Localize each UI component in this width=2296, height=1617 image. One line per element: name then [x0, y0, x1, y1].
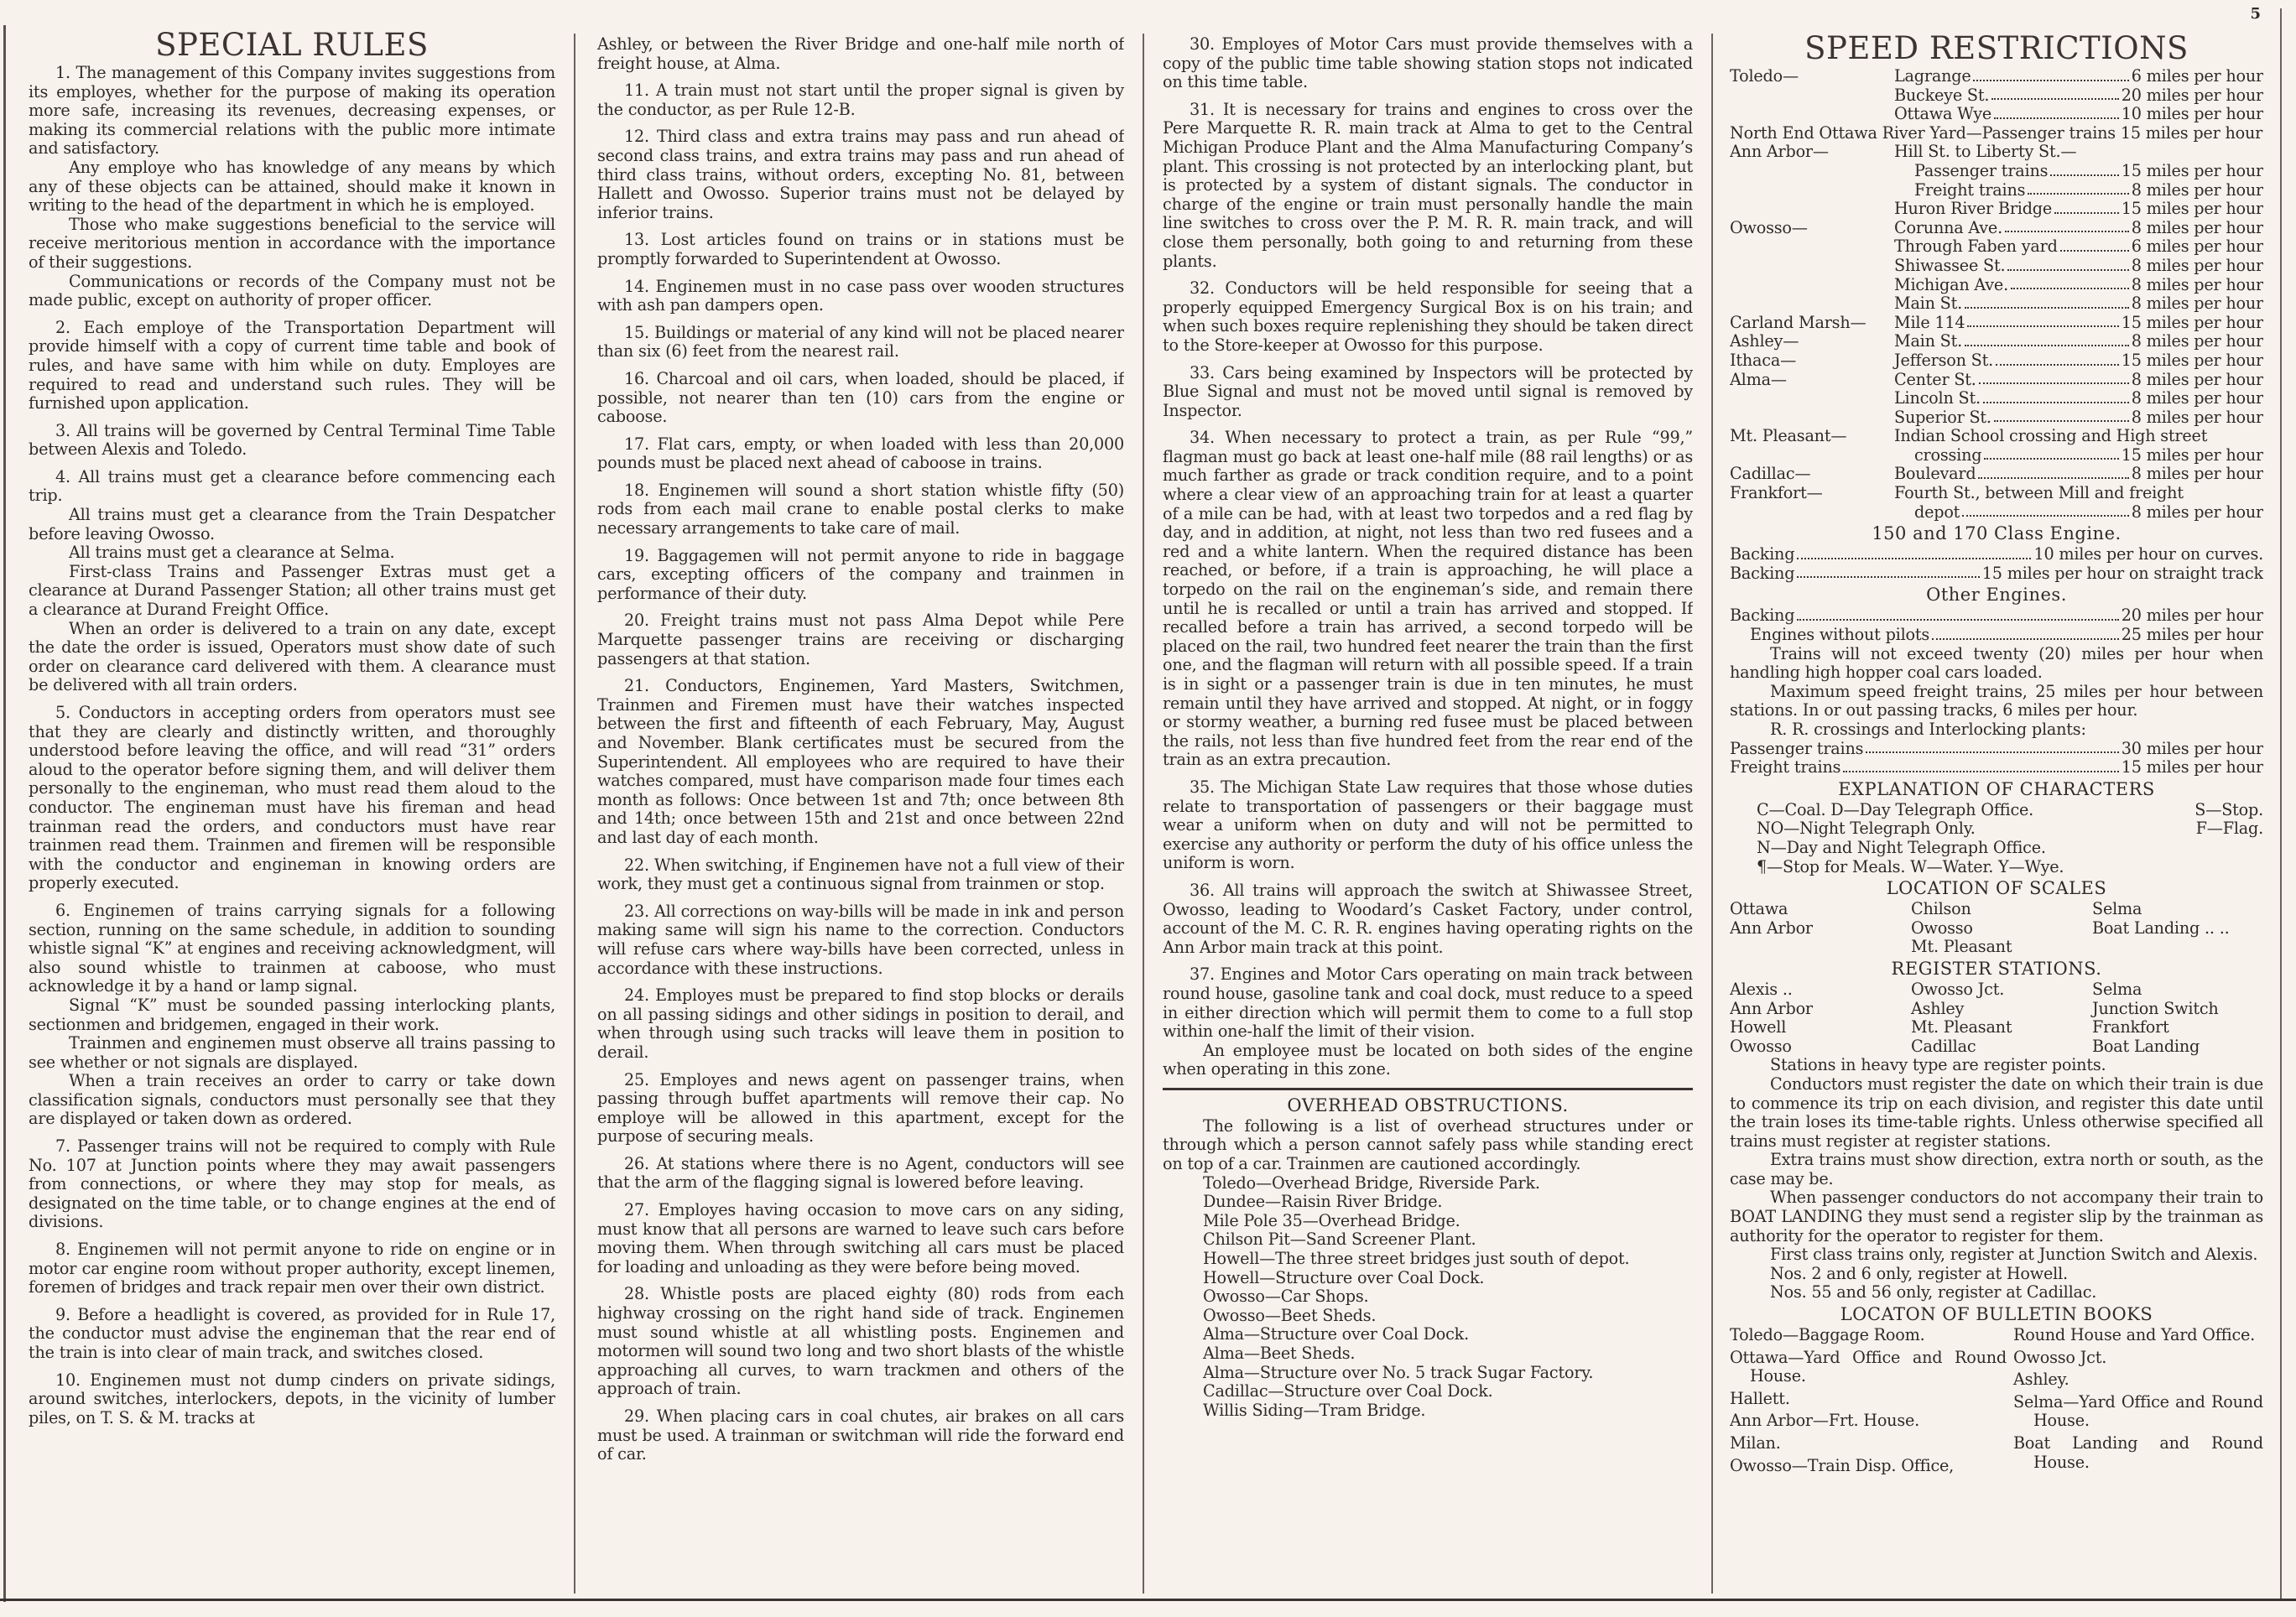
dot-leader: [1967, 314, 2118, 328]
speed-label: crossing: [1914, 446, 1981, 465]
rule-paragraph: 13. Lost articles found on trains or in …: [597, 231, 1124, 268]
rules-list-3: 30. Employes of Motor Cars must provide …: [1163, 35, 1693, 1079]
speed-row: Lincoln St.8 miles per hour: [1894, 389, 2263, 408]
speed-label: Fourth St., between Mill and freight: [1894, 484, 2184, 503]
dot-leader: [1965, 294, 2129, 309]
dot-leader: [1994, 105, 2119, 119]
city-label: Ann Arbor—: [1730, 143, 1894, 162]
rule-paragraph: 3. All trains will be governed by Centra…: [29, 422, 555, 460]
speed-restriction-row: Ottawa Wye10 miles per hour: [1730, 105, 2263, 124]
column-divider: [1711, 34, 1713, 1594]
speed-label: Ottawa Wye: [1894, 105, 1991, 124]
rule-paragraph: 2. Each employe of the Transportation De…: [29, 319, 555, 413]
city-label: [1730, 503, 1894, 523]
dot-leader: [1932, 626, 2119, 640]
register-note: Nos. 2 and 6 only, register at Howell.: [1730, 1265, 2263, 1284]
rule-paragraph: 11. A train must not start until the pro…: [597, 81, 1124, 119]
dot-leader: [1797, 564, 1980, 579]
register-note: Extra trains must show direction, extra …: [1730, 1151, 2263, 1188]
speed-value: 30 miles per hour: [2122, 740, 2263, 759]
obstruction-item: Owosso—Car Shops.: [1163, 1287, 1693, 1307]
speed-restrictions-column: SPEED RESTRICTIONS Toledo—Lagrange6 mile…: [1730, 29, 2263, 1597]
rule-paragraph: 18. Enginemen will sound a short station…: [597, 481, 1124, 538]
city-label: Carland Marsh—: [1730, 314, 1894, 333]
speed-row-full: North End Ottawa River Yard—Passenger tr…: [1730, 124, 2263, 143]
scale-location: Chilson: [1911, 900, 2092, 919]
register-station: Mt. Pleasant: [1911, 1018, 2092, 1037]
speed-restriction-row: Lincoln St.8 miles per hour: [1730, 389, 2263, 408]
speed-value: 15 miles per hour on straight track: [1982, 564, 2263, 584]
scale-location: Mt. Pleasant: [1911, 938, 2092, 957]
register-station: Boat Landing: [2092, 1037, 2263, 1057]
obstruction-item: Mile Pole 35—Overhead Bridge.: [1163, 1212, 1693, 1231]
dot-leader: [2054, 200, 2119, 214]
speed-label: Indian School crossing and High street: [1894, 427, 2207, 446]
timetable-page: 5 SPECIAL RULES 1. The management of thi…: [0, 0, 2296, 1617]
rule-subparagraph: Communications or records of the Company…: [29, 273, 555, 310]
speed-label: Huron River Bridge: [1894, 200, 2052, 219]
speed-value: 8 miles per hour: [2132, 276, 2263, 295]
rule-paragraph: 16. Charcoal and oil cars, when loaded, …: [597, 370, 1124, 427]
special-rules-column-3: 30. Employes of Motor Cars must provide …: [1163, 35, 1693, 1604]
speed-value: 8 miles per hour: [2132, 465, 2263, 484]
rule-paragraph: 33. Cars being examined by Inspectors wi…: [1163, 364, 1693, 421]
rule-paragraph: 10. Enginemen must not dump cinders on p…: [29, 1371, 555, 1428]
rule-paragraph: 32. Conductors will be held responsible …: [1163, 279, 1693, 355]
city-label: Toledo—: [1730, 67, 1894, 86]
legend-left: C—Coal. D—Day Telegraph Office.: [1757, 801, 2033, 820]
character-legend-row: C—Coal. D—Day Telegraph Office.S—Stop.: [1757, 801, 2263, 820]
speed-value: 8 miles per hour: [2132, 257, 2263, 276]
rule-paragraph: 4. All trains must get a clearance befor…: [29, 468, 555, 506]
obstruction-item: Willis Siding—Tram Bridge.: [1163, 1401, 1693, 1421]
speed-label: Superior St.: [1894, 408, 1991, 428]
dot-leader: [1991, 86, 2119, 101]
dot-leader: [2060, 237, 2129, 252]
speed-row: Boulevard8 miles per hour: [1894, 465, 2263, 484]
speed-restriction-row: Shiwassee St.8 miles per hour: [1730, 257, 2263, 276]
dot-leader: [1965, 332, 2129, 346]
bulletin-location: Ottawa—Yard Office and Round House.: [1730, 1349, 2007, 1386]
register-notes: Stations in heavy type are register poin…: [1730, 1056, 2263, 1302]
speed-label: Mile 114: [1894, 314, 1965, 333]
dot-leader: [1973, 67, 2128, 81]
dot-leader: [2050, 162, 2119, 176]
city-label: [1730, 389, 1894, 408]
legend-left: ¶—Stop for Meals. W—Water. Y—Wye.: [1757, 858, 2064, 877]
speed-row: Through Faben yard6 miles per hour: [1894, 237, 2263, 257]
character-legend-row: N—Day and Night Telegraph Office.: [1757, 839, 2263, 858]
speed-note: Trains will not exceed twenty (20) miles…: [1730, 645, 2263, 683]
speed-row: Backing20 miles per hour: [1730, 606, 2263, 626]
speed-restriction-row: depot8 miles per hour: [1730, 503, 2263, 523]
speed-value: 8 miles per hour: [2132, 389, 2263, 408]
speed-value: 8 miles per hour: [2132, 219, 2263, 238]
speed-row: Indian School crossing and High street: [1894, 427, 2263, 446]
rule-paragraph: 6. Enginemen of trains carrying signals …: [29, 902, 555, 996]
speed-restriction-row: Frankfort—Fourth St., between Mill and f…: [1730, 484, 2263, 503]
bulletin-books-right: Round House and Yard Office.Owosso Jct.A…: [2013, 1326, 2263, 1479]
dot-leader: [1979, 371, 2129, 385]
speed-label: Corunna Ave.: [1894, 219, 2002, 238]
bulletin-location: Hallett.: [1730, 1390, 2007, 1409]
rule-paragraph: 5. Conductors in accepting orders from o…: [29, 704, 555, 893]
bottom-border: [0, 1599, 2296, 1601]
obstruction-item: Owosso—Beet Sheds.: [1163, 1307, 1693, 1326]
register-station: Owosso Jct.: [1911, 980, 2092, 1000]
speed-row: Center St.8 miles per hour: [1894, 371, 2263, 390]
obstruction-item: Howell—Structure over Coal Dock.: [1163, 1269, 1693, 1288]
dot-leader: [1866, 740, 2119, 754]
speed-label: Backing: [1730, 545, 1794, 564]
dot-leader: [1984, 446, 2118, 460]
bulletin-location: Ann Arbor—Frt. House.: [1730, 1412, 2007, 1431]
register-station: Junction Switch: [2092, 1000, 2263, 1019]
dot-leader: [1797, 545, 2031, 559]
rule-subparagraph: When an order is delivered to a train on…: [29, 620, 555, 695]
speed-restriction-row: Alma—Center St.8 miles per hour: [1730, 371, 2263, 390]
character-legend-row: NO—Night Telegraph Only.F—Flag.: [1757, 819, 2263, 839]
city-label: [1730, 408, 1894, 428]
speed-restriction-row: Toledo—Lagrange6 miles per hour: [1730, 67, 2263, 86]
scale-location: [2092, 938, 2263, 957]
register-station: Alexis ..: [1730, 980, 1911, 1000]
dot-leader: [1996, 351, 2119, 366]
dot-leader: [2007, 257, 2128, 271]
speed-restriction-row: Owosso—Corunna Ave.8 miles per hour: [1730, 219, 2263, 238]
rule-paragraph: 26. At stations where there is no Agent,…: [597, 1155, 1124, 1193]
speed-value: 25 miles per hour: [2122, 626, 2263, 645]
rule-paragraph: 25. Employes and news agent on passenger…: [597, 1071, 1124, 1146]
speed-value: 15 miles per hour: [2122, 446, 2263, 465]
speed-restriction-row: Ashley—Main St.8 miles per hour: [1730, 332, 2263, 351]
speed-label: Michigan Ave.: [1894, 276, 2008, 295]
bulletin-location: Round House and Yard Office.: [2013, 1326, 2263, 1345]
speed-label: Center St.: [1894, 371, 1976, 390]
section-divider: [1163, 1088, 1693, 1090]
rule-paragraph: 27. Employes having occasion to move car…: [597, 1201, 1124, 1276]
speed-value: 15 miles per hour: [2122, 351, 2263, 371]
obstruction-item: Howell—The three street bridges just sou…: [1163, 1250, 1693, 1269]
speed-value: 15 miles per hour: [2122, 314, 2263, 333]
speed-label: Passenger trains: [1730, 740, 1863, 759]
speed-row: Hill St. to Liberty St.—: [1894, 143, 2263, 162]
speed-row: Buckeye St.20 miles per hour: [1894, 86, 2263, 106]
speed-restriction-row: Cadillac—Boulevard8 miles per hour: [1730, 465, 2263, 484]
rule-paragraph: 7. Passenger trains will not be required…: [29, 1137, 555, 1232]
speed-value: 20 miles per hour: [2122, 86, 2263, 106]
column-divider: [574, 34, 575, 1594]
speed-value: 6 miles per hour: [2132, 237, 2263, 257]
speed-value: 8 miles per hour: [2132, 371, 2263, 390]
obstruction-item: Alma—Structure over Coal Dock.: [1163, 1325, 1693, 1344]
register-station: Selma: [2092, 980, 2263, 1000]
rule-paragraph: 1. The management of this Company invite…: [29, 64, 555, 159]
rule-paragraph: 20. Freight trains must not pass Alma De…: [597, 611, 1124, 668]
speed-value: 8 miles per hour: [2132, 294, 2263, 314]
speed-label: Boulevard: [1894, 465, 1976, 484]
special-rules-column-1: SPECIAL RULES 1. The management of this …: [29, 29, 555, 1597]
dot-leader: [1978, 465, 2128, 479]
rule-paragraph: 29. When placing cars in coal chutes, ai…: [597, 1407, 1124, 1464]
speed-value: 10 miles per hour on curves.: [2033, 545, 2263, 564]
speed-label: Lagrange: [1894, 67, 1971, 86]
speed-restriction-row: crossing15 miles per hour: [1730, 446, 2263, 465]
speed-row: Backing15 miles per hour on straight tra…: [1730, 564, 2263, 584]
rule-paragraph: 22. When switching, if Enginemen have no…: [597, 856, 1124, 894]
speed-row: Corunna Ave.8 miles per hour: [1894, 219, 2263, 238]
speed-label: Backing: [1730, 564, 1794, 584]
page-number: 5: [2250, 5, 2261, 23]
register-note: Nos. 55 and 56 only, register at Cadilla…: [1730, 1283, 2263, 1302]
rule-subparagraph: Signal “K” must be sounded passing inter…: [29, 996, 555, 1034]
rule-subparagraph: Any employe who has knowledge of any mea…: [29, 159, 555, 216]
speed-value: 15 miles per hour: [2122, 162, 2263, 181]
speed-row: Freight trains8 miles per hour: [1894, 181, 2263, 200]
obstruction-item: Alma—Beet Sheds.: [1163, 1344, 1693, 1364]
legend-right: S—Stop.: [2194, 801, 2263, 820]
bulletin-location: Milan.: [1730, 1434, 2007, 1453]
speed-row: Engines without pilots25 miles per hour: [1730, 626, 2263, 645]
speed-restriction-row: Ithaca—Jefferson St.15 miles per hour: [1730, 351, 2263, 371]
scale-location: Ann Arbor: [1730, 919, 1911, 938]
rule-paragraph: 37. Engines and Motor Cars operating on …: [1163, 965, 1693, 1041]
rule-subparagraph: All trains must get a clearance at Selma…: [29, 543, 555, 563]
speed-value: 15 miles per hour: [2122, 758, 2263, 777]
city-label: [1730, 181, 1894, 200]
legend-left: NO—Night Telegraph Only.: [1757, 819, 1976, 839]
city-label: [1730, 294, 1894, 314]
speed-row: Passenger trains15 miles per hour: [1894, 162, 2263, 181]
rule-paragraph: 34. When necessary to protect a train, a…: [1163, 429, 1693, 770]
rule-paragraph: 12. Third class and extra trains may pas…: [597, 127, 1124, 222]
rule-paragraph: 21. Conductors, Enginemen, Yard Masters,…: [597, 677, 1124, 847]
speed-restriction-row: Huron River Bridge15 miles per hour: [1730, 200, 2263, 219]
city-label: Cadillac—: [1730, 465, 1894, 484]
dot-leader: [1983, 389, 2129, 403]
scale-location: Ottawa: [1730, 900, 1911, 919]
register-station: Frankfort: [2092, 1018, 2263, 1037]
speed-row: Lagrange6 miles per hour: [1894, 67, 2263, 86]
city-label: [1730, 446, 1894, 465]
rule-subparagraph: An employee must be located on both side…: [1163, 1042, 1693, 1079]
bulletin-location: Owosso—Train Disp. Office,: [1730, 1457, 2007, 1476]
rule-paragraph: 24. Employes must be prepared to find st…: [597, 986, 1124, 1062]
explanation-list: C—Coal. D—Day Telegraph Office.S—Stop.NO…: [1730, 801, 2263, 876]
bulletin-books-title: LOCATON OF BULLETIN BOOKS: [1730, 1304, 2263, 1324]
bulletin-location: Ashley.: [2013, 1370, 2263, 1390]
bulletin-location: Owosso Jct.: [2013, 1349, 2263, 1368]
speed-value: 8 miles per hour: [2132, 181, 2263, 200]
city-label: [1730, 86, 1894, 106]
register-station: Owosso: [1730, 1037, 1911, 1057]
speed-label: Jefferson St.: [1894, 351, 1993, 371]
speed-label: Lincoln St.: [1894, 389, 1981, 408]
speed-restriction-row: Main St.8 miles per hour: [1730, 294, 2263, 314]
city-label: Ashley—: [1730, 332, 1894, 351]
rule-subparagraph: Those who make suggestions beneficial to…: [29, 216, 555, 273]
rule-paragraph: 23. All corrections on way-bills will be…: [597, 902, 1124, 978]
speed-row: Main St.8 miles per hour: [1894, 332, 2263, 351]
city-label: Frankfort—: [1730, 484, 1894, 503]
city-label: Ithaca—: [1730, 351, 1894, 371]
rule-subparagraph: When a train receives an order to carry …: [29, 1072, 555, 1129]
bulletin-location: Toledo—Baggage Room.: [1730, 1326, 2007, 1345]
register-station: Howell: [1730, 1018, 1911, 1037]
class-engine-speeds: Backing10 miles per hour on curves.Backi…: [1730, 545, 2263, 583]
speed-row: Backing10 miles per hour on curves.: [1730, 545, 2263, 564]
dot-leader: [1962, 503, 2129, 517]
city-label: [1730, 200, 1894, 219]
obstruction-item: Dundee—Raisin River Bridge.: [1163, 1193, 1693, 1212]
dot-leader: [2028, 181, 2128, 195]
speed-row: depot8 miles per hour: [1894, 503, 2263, 523]
rule-paragraph: 17. Flat cars, empty, or when loaded wit…: [597, 435, 1124, 473]
rule-paragraph: 30. Employes of Motor Cars must provide …: [1163, 35, 1693, 92]
register-station: Ashley: [1911, 1000, 2092, 1019]
character-legend-row: ¶—Stop for Meals. W—Water. Y—Wye.: [1757, 858, 2263, 877]
speed-value: 15 miles per hour: [2122, 200, 2263, 219]
rules-list-1: 1. The management of this Company invite…: [29, 64, 555, 1427]
rule-subparagraph: All trains must get a clearance from the…: [29, 506, 555, 543]
dot-leader: [2011, 276, 2129, 290]
crossings-heading: R. R. crossings and Interlocking plants:: [1730, 720, 2263, 740]
register-note: Conductors must register the date on whi…: [1730, 1075, 2263, 1151]
city-label: [1730, 105, 1894, 124]
column-divider: [1143, 34, 1144, 1594]
speed-label: Freight trains: [1730, 758, 1840, 777]
speed-restriction-row: Michigan Ave.8 miles per hour: [1730, 276, 2263, 295]
city-label: Alma—: [1730, 371, 1894, 390]
speed-label: Through Faben yard: [1894, 237, 2058, 257]
scales-title: LOCATION OF SCALES: [1730, 878, 2263, 898]
scale-location: [1730, 938, 1911, 957]
speed-label: Main St.: [1894, 294, 1962, 314]
speed-label: Buckeye St.: [1894, 86, 1989, 106]
speed-label: depot: [1914, 503, 1960, 523]
speed-restriction-row: Buckeye St.20 miles per hour: [1730, 86, 2263, 106]
dot-leader: [1843, 758, 2118, 772]
speed-row: Mile 11415 miles per hour: [1894, 314, 2263, 333]
rules-list-2: Ashley, or between the River Bridge and …: [597, 35, 1124, 1464]
special-rules-title: SPECIAL RULES: [29, 29, 555, 62]
obstruction-item: Alma—Structure over No. 5 track Sugar Fa…: [1163, 1364, 1693, 1383]
right-border: [2280, 8, 2282, 1600]
speed-row: Main St.8 miles per hour: [1894, 294, 2263, 314]
rule-subparagraph: First-class Trains and Passenger Extras …: [29, 563, 555, 620]
speed-value: 6 miles per hour: [2132, 67, 2263, 86]
speed-restriction-row: Superior St.8 miles per hour: [1730, 408, 2263, 428]
rule-paragraph: 28. Whistle posts are placed eighty (80)…: [597, 1285, 1124, 1399]
rule-paragraph: 35. The Michigan State Law requires that…: [1163, 778, 1693, 873]
left-border: [3, 25, 6, 1602]
explanation-title: EXPLANATION OF CHARACTERS: [1730, 779, 2263, 799]
rule-paragraph: 19. Baggagemen will not permit anyone to…: [597, 547, 1124, 604]
special-rules-column-2: Ashley, or between the River Bridge and …: [597, 35, 1124, 1604]
obstruction-item: Toledo—Overhead Bridge, Riverside Park.: [1163, 1174, 1693, 1193]
speed-row: Huron River Bridge15 miles per hour: [1894, 200, 2263, 219]
register-station: Cadillac: [1911, 1037, 2092, 1057]
city-label: Mt. Pleasant—: [1730, 427, 1894, 446]
speed-restriction-row: Carland Marsh—Mile 11415 miles per hour: [1730, 314, 2263, 333]
speed-restrictions-title: SPEED RESTRICTIONS: [1730, 32, 2263, 65]
register-stations-grid: Alexis ..Owosso Jct.SelmaAnn ArborAshley…: [1730, 980, 2263, 1056]
speed-note: Maximum speed freight trains, 25 miles p…: [1730, 683, 2263, 720]
register-stations-title: REGISTER STATIONS.: [1730, 959, 2263, 979]
overhead-obstructions-list: Toledo—Overhead Bridge, Riverside Park.D…: [1163, 1174, 1693, 1421]
speed-label: Hill St. to Liberty St.—: [1894, 143, 2076, 162]
overhead-obstructions-intro: The following is a list of overhead stru…: [1163, 1117, 1693, 1174]
speed-value: 8 miles per hour: [2132, 332, 2263, 351]
rule-subparagraph: Trainmen and enginemen must observe all …: [29, 1034, 555, 1072]
other-engines-speeds: Backing20 miles per hourEngines without …: [1730, 606, 2263, 644]
speed-row: Freight trains15 miles per hour: [1730, 758, 2263, 777]
scale-location: Owosso: [1911, 919, 2092, 938]
other-engines-notes: Trains will not exceed twenty (20) miles…: [1730, 645, 2263, 720]
dot-leader: [1797, 606, 2118, 621]
speed-row: crossing15 miles per hour: [1894, 446, 2263, 465]
rule-subparagraph: Ashley, or between the River Bridge and …: [597, 35, 1124, 73]
speed-restrictions-table: Toledo—Lagrange6 miles per hourBuckeye S…: [1730, 67, 2263, 522]
bulletin-location: Boat Landing and Round House.: [2013, 1434, 2263, 1472]
speed-label: Main St.: [1894, 332, 1962, 351]
obstruction-item: Cadillac—Structure over Coal Dock.: [1163, 1382, 1693, 1401]
scales-grid: OttawaChilsonSelmaAnn ArborOwossoBoat La…: [1730, 900, 2263, 957]
speed-row: Jefferson St.15 miles per hour: [1894, 351, 2263, 371]
speed-value: 8 miles per hour: [2132, 503, 2263, 523]
speed-restriction-row: Freight trains8 miles per hour: [1730, 181, 2263, 200]
other-engines-heading: Other Engines.: [1730, 585, 2263, 605]
register-note: When passenger conductors do not accompa…: [1730, 1188, 2263, 1245]
register-note: First class trains only, register at Jun…: [1730, 1245, 2263, 1265]
legend-left: N—Day and Night Telegraph Office.: [1757, 839, 2046, 858]
rule-paragraph: 9. Before a headlight is covered, as pro…: [29, 1306, 555, 1363]
speed-row: Shiwassee St.8 miles per hour: [1894, 257, 2263, 276]
obstruction-item: Chilson Pit—Sand Screener Plant.: [1163, 1230, 1693, 1250]
speed-label: Freight trains: [1914, 181, 2025, 200]
register-note: Stations in heavy type are register poin…: [1730, 1056, 2263, 1075]
rule-paragraph: 31. It is necessary for trains and engin…: [1163, 101, 1693, 271]
dot-leader: [2005, 219, 2129, 233]
speed-row: Ottawa Wye10 miles per hour: [1894, 105, 2263, 124]
city-label: [1730, 162, 1894, 181]
speed-restriction-row: Ann Arbor—Hill St. to Liberty St.—: [1730, 143, 2263, 162]
rule-paragraph: 14. Enginemen must in no case pass over …: [597, 278, 1124, 315]
speed-label: Backing: [1730, 606, 1794, 626]
legend-right: F—Flag.: [2196, 819, 2263, 839]
bulletin-books-left: Toledo—Baggage Room.Ottawa—Yard Office a…: [1730, 1326, 2007, 1479]
speed-value: 10 miles per hour: [2122, 105, 2263, 124]
speed-restriction-row: Passenger trains15 miles per hour: [1730, 162, 2263, 181]
scale-location: Boat Landing .. ..: [2092, 919, 2263, 938]
rule-paragraph: 15. Buildings or material of any kind wi…: [597, 324, 1124, 361]
speed-value: 8 miles per hour: [2132, 408, 2263, 428]
register-station: Ann Arbor: [1730, 1000, 1911, 1019]
speed-value: 20 miles per hour: [2122, 606, 2263, 626]
city-label: [1730, 257, 1894, 276]
bulletin-location: Selma—Yard Office and Round House.: [2013, 1393, 2263, 1431]
overhead-obstructions-title: OVERHEAD OBSTRUCTIONS.: [1163, 1095, 1693, 1115]
speed-restriction-row: Through Faben yard6 miles per hour: [1730, 237, 2263, 257]
speed-label: Shiwassee St.: [1894, 257, 2005, 276]
city-label: [1730, 237, 1894, 257]
city-label: [1730, 276, 1894, 295]
rule-paragraph: 8. Enginemen will not permit anyone to r…: [29, 1240, 555, 1297]
class-engine-heading: 150 and 170 Class Engine.: [1730, 523, 2263, 543]
speed-row: Michigan Ave.8 miles per hour: [1894, 276, 2263, 295]
speed-row: Superior St.8 miles per hour: [1894, 408, 2263, 428]
scale-location: Selma: [2092, 900, 2263, 919]
